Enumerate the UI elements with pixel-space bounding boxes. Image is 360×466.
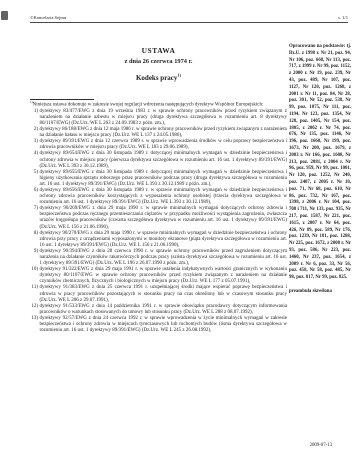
page-number: s. 1/1 (338, 15, 348, 20)
footnote-item-number: 12) (30, 304, 40, 310)
footnote-item: 2) dyrektywy 86/188/EWG z dnia 12 maja 1… (30, 127, 287, 139)
footnote-item-text: dyrektywy 91/533/EWG z dnia 14 październ… (40, 304, 288, 316)
footnote-item-number: 5) (30, 170, 40, 176)
footnote-item: 10) dyrektywy 91/322/EWG z dnia 29 maja … (30, 267, 287, 285)
footnote-item-number: 9) (30, 249, 40, 255)
footnote-item-number: 7) (30, 206, 40, 212)
footnote-item: 8) dyrektywy 90/270/EWG z dnia 29 maja 1… (30, 231, 287, 249)
footnote-item: 11) dyrektywy 91/383/EWG z dnia 25 czerw… (30, 285, 287, 303)
footnote-item: 6) dyrektywy 89/656/EWG z dnia 30 listop… (30, 188, 287, 206)
footnote-item-number: 11) (30, 285, 40, 291)
footnote-separator (30, 99, 94, 100)
sidebar-legal-basis: Opracowano na podstawie: tj. Dz.U. z 199… (289, 44, 351, 296)
page-header: ©Kancelaria Sejmu s. 1/1 (30, 15, 348, 23)
title-block: USTAWA z dnia 26 czerwca 1974 r. Kodeks … (30, 46, 287, 82)
footnote-item-text: dyrektywy 86/188/EWG z dnia 12 maja 1986… (40, 127, 288, 139)
footnote-intro: 1)Niniejsza ustawa dokonuje w zakresie s… (30, 102, 287, 109)
footnote-item-number: 4) (30, 151, 40, 157)
preamble-note: preambuła skreślona (289, 289, 351, 296)
title-footnote-ref: 1) (177, 72, 181, 77)
footnote-item-text: dyrektywy 91/322/EWG z dnia 29 maja 1991… (40, 267, 288, 285)
footnote-item-text: dyrektywy 89/655/EWG z dnia 30 listopada… (40, 170, 288, 188)
footnote-block: 1)Niniejsza ustawa dokonuje w zakresie s… (30, 99, 287, 334)
footnote-item-text: dyrektywy 89/654/EWG z dnia 30 listopada… (40, 151, 288, 169)
footnote-item-number: 3) (30, 139, 40, 145)
scan-artifact (1, 11, 8, 20)
footnote-item-text: dyrektywy 92/57/EWG z dnia 24 czerwca 19… (40, 316, 288, 334)
footnote-item-number: 1) (30, 109, 40, 115)
footnote-item-number: 2) (30, 127, 40, 133)
footnote-item: 9) dyrektywy 90/394/EWG z dnia 28 czerwc… (30, 249, 287, 267)
footnote-item-text: dyrektywy 90/269/EWG z dnia 29 maja 1990… (40, 206, 288, 230)
footnote-item-text: dyrektywy 91/383/EWG z dnia 25 czerwca 1… (40, 285, 288, 303)
law-date: z dnia 26 czerwca 1974 r. (30, 58, 287, 65)
law-type-title: USTAWA (30, 46, 287, 55)
footnote-item: 1) dyrektywy 83/477/EWG z dnia 19 wrześn… (30, 109, 287, 127)
footnote-item-text: dyrektywy 83/477/EWG z dnia 19 września … (40, 109, 288, 127)
document-date: 2009-07-13 (310, 443, 332, 448)
footnote-item: 12) dyrektywy 91/533/EWG z dnia 14 paźdz… (30, 304, 287, 316)
footnote-item-text: dyrektywy 90/270/EWG z dnia 29 maja 1990… (40, 231, 288, 249)
footnote-item: 3) dyrektywy 89/391/EWG z dnia 12 czerwc… (30, 139, 287, 151)
footnote-item-number: 13) (30, 316, 40, 322)
footnote-item-number: 8) (30, 231, 40, 237)
law-name: Kodeks pracy1) (30, 74, 287, 82)
footnote-item: 5) dyrektywy 89/655/EWG z dnia 30 listop… (30, 170, 287, 188)
footnote-item: 4) dyrektywy 89/654/EWG z dnia 30 listop… (30, 151, 287, 169)
legal-basis-text: Opracowano na podstawie: tj. Dz.U. z 199… (289, 44, 351, 282)
footnote-item-text: dyrektywy 89/391/EWG z dnia 12 czerwca 1… (40, 139, 288, 151)
footnote-item-text: dyrektywy 89/656/EWG z dnia 30 listopada… (40, 188, 288, 206)
publisher-copyright: ©Kancelaria Sejmu (30, 15, 66, 20)
footnote-item: 13) dyrektywy 92/57/EWG z dnia 24 czerwc… (30, 316, 287, 334)
footnote-item: 7) dyrektywy 90/269/EWG z dnia 29 maja 1… (30, 206, 287, 230)
footnote-item-number: 6) (30, 188, 40, 194)
footnote-item-number: 10) (30, 267, 40, 273)
footnote-item-text: dyrektywy 90/394/EWG z dnia 28 czerwca 1… (40, 249, 288, 267)
